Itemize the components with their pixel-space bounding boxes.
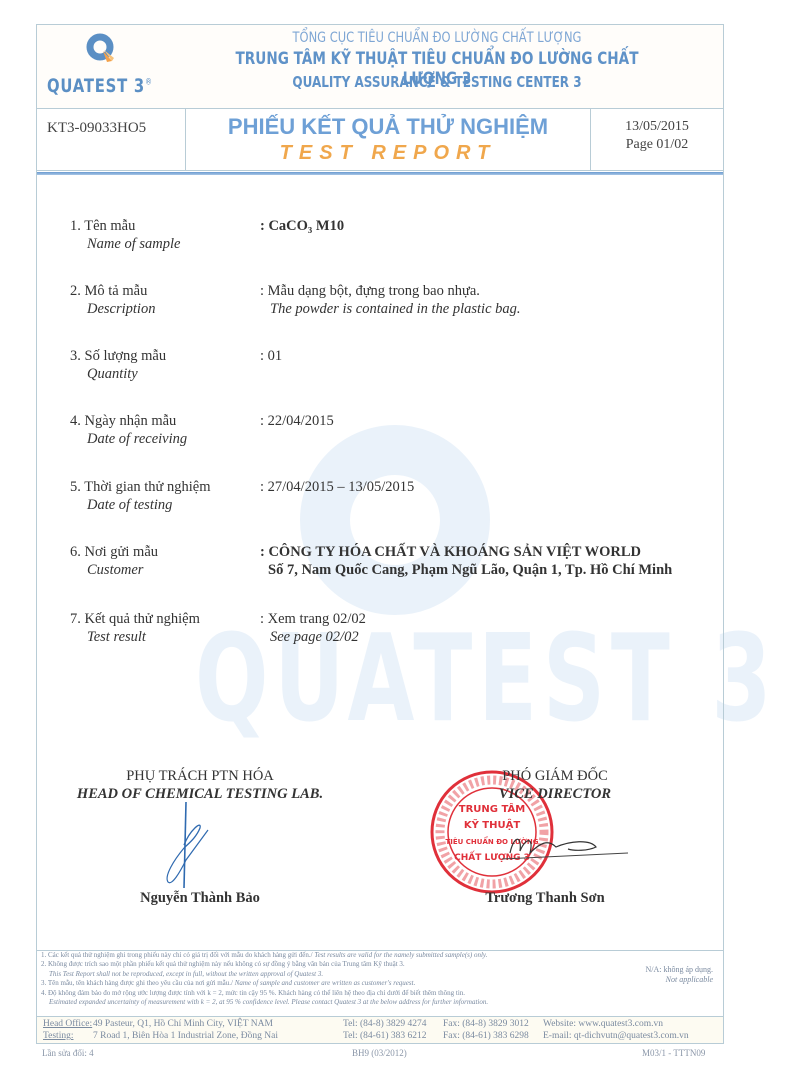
field-value: : 01	[260, 347, 720, 365]
field-label: 6. Nơi gửi mẫu	[70, 544, 158, 560]
center-name-en: QUALITY ASSURANCE & TESTING CENTER 3	[213, 73, 661, 91]
svg-text:TRUNG TÂM: TRUNG TÂM	[459, 802, 525, 815]
field-label: 3. Số lượng mẫu	[70, 348, 166, 364]
handwritten-signature-icon	[500, 825, 630, 865]
testing-label: Testing:	[43, 1030, 93, 1042]
quatest-logo: QUATEST 3®	[47, 31, 157, 106]
handwritten-signature-icon	[150, 800, 230, 890]
report-date: 13/05/2015	[591, 118, 723, 136]
field-label-en: Description	[70, 300, 260, 318]
customer-address: Số 7, Nam Quốc Cang, Phạm Ngũ Lão, Quận …	[260, 561, 720, 579]
field-label: 4. Ngày nhận mẫu	[70, 413, 176, 429]
field-label: 7. Kết quả thử nghiệm	[70, 611, 200, 627]
note-4: 4. Độ không đảm bảo đo mở rộng ước lượng…	[37, 989, 723, 998]
field-label-en: Date of testing	[70, 496, 260, 514]
contact-head-office: Head Office:49 Pasteur, Q1, Hồ Chí Minh …	[43, 1018, 663, 1030]
signer-name-left: Nguyễn Thành Bảo	[50, 890, 350, 907]
field-label-en: Date of receiving	[70, 430, 260, 448]
revision-number: Lần sửa đổi: 4	[42, 1048, 94, 1058]
field-value-en: See page 02/02	[260, 628, 720, 646]
customer-name: : CÔNG TY HÓA CHẤT VÀ KHOÁNG SẢN VIỆT WO…	[260, 544, 641, 560]
signer-title-vn: PHÓ GIÁM ĐỐC	[420, 767, 690, 785]
page-number: Page 01/02	[591, 136, 723, 154]
head-office-label: Head Office:	[43, 1018, 93, 1030]
contact-bar: Head Office:49 Pasteur, Q1, Hồ Chí Minh …	[37, 1016, 723, 1043]
q-logo-icon	[85, 33, 115, 63]
letterhead: QUATEST 3® TỔNG CỤC TIÊU CHUẨN ĐO LƯỜNG …	[37, 25, 723, 109]
note-4-en: Estimated expanded uncertainty of measur…	[37, 998, 723, 1007]
signer-title-vn: PHỤ TRÁCH PTN HÓA	[50, 767, 350, 785]
report-title-en: TEST REPORT	[186, 142, 590, 165]
field-value-en: The powder is contained in the plastic b…	[260, 300, 720, 318]
document-code: M03/1 - TTTN09	[642, 1048, 705, 1058]
field-value: : Mẫu dạng bột, đựng trong bao nhựa.	[260, 283, 480, 299]
field-label-en: Test result	[70, 628, 260, 646]
report-number: KT3-09033HO5	[47, 120, 146, 137]
na-legend: N/A: không áp dụng. Not applicable	[645, 965, 713, 985]
field-value: : Xem trang 02/02	[260, 611, 366, 627]
field-label: 2. Mô tả mẫu	[70, 283, 147, 299]
logo-brand-text: QUATEST 3®	[47, 75, 141, 97]
field-label: 5. Thời gian thử nghiệm	[70, 479, 211, 495]
signer-name-right: Trương Thanh Sơn	[420, 890, 670, 907]
field-value: : 22/04/2015	[260, 412, 720, 430]
field-value: : 27/04/2015 – 13/05/2015	[260, 478, 720, 496]
contact-testing: Testing:7 Road 1, Biên Hòa 1 Industrial …	[43, 1030, 689, 1042]
website-link[interactable]: Website: www.quatest3.com.vn	[543, 1019, 663, 1029]
report-title-vn: PHIẾU KẾT QUẢ THỬ NGHIỆM	[186, 114, 590, 140]
note-1: 1. Các kết quả thử nghiệm ghi trong phiế…	[37, 951, 723, 960]
signature-block-lab-head: PHỤ TRÁCH PTN HÓA HEAD OF CHEMICAL TESTI…	[50, 767, 350, 803]
field-label-en: Customer	[70, 561, 260, 579]
agency-name: TỔNG CỤC TIÊU CHUẨN ĐO LƯỜNG CHẤT LƯỢNG	[207, 30, 666, 46]
note-2: 2. Không được trích sao một phần phiếu k…	[37, 960, 723, 969]
field-label-en: Quantity	[70, 365, 260, 383]
note-3: 3. Tên mẫu, tên khách hàng được ghi theo…	[37, 979, 723, 988]
form-code: BH9 (03/2012)	[352, 1048, 407, 1058]
field-value: : CaCO₃ M10	[260, 217, 720, 235]
title-bar: KT3-09033HO5 PHIẾU KẾT QUẢ THỬ NGHIỆM TE…	[37, 108, 723, 171]
signature-block-vice-director: PHÓ GIÁM ĐỐC VICE DIRECTOR	[420, 767, 690, 803]
header-rule	[37, 172, 723, 175]
field-label: 1. Tên mẫu	[70, 218, 135, 234]
footnotes: 1. Các kết quả thử nghiệm ghi trong phiế…	[37, 950, 723, 1017]
field-label-en: Name of sample	[70, 235, 260, 253]
report-date-box: 13/05/2015 Page 01/02	[591, 118, 723, 154]
note-2-en: This Test Report shall not be reproduced…	[37, 970, 723, 979]
email-link[interactable]: E-mail: qt-dichvutn@quatest3.com.vn	[543, 1031, 689, 1041]
signer-title-en: VICE DIRECTOR	[420, 785, 690, 803]
